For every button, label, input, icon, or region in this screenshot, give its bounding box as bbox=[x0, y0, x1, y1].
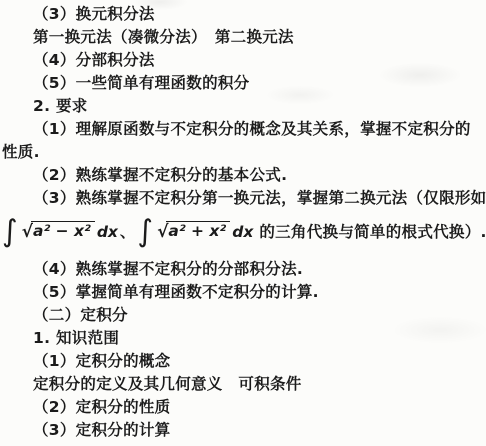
line-definite-integral-properties: （2）定积分的性质 bbox=[0, 396, 486, 419]
line-requirements-heading: 2. 要求 bbox=[0, 95, 486, 118]
line-substitution-method: （3）换元积分法 bbox=[0, 3, 486, 26]
line-definition-geometric-meaning: 定积分的定义及其几何意义 可积条件 bbox=[0, 373, 486, 396]
formula-suffix-text: 的三角代换与简单的根式代换）. bbox=[259, 223, 486, 241]
differential-dx: dx bbox=[232, 223, 253, 241]
formula-line: ∫√a² − x²dx、∫√a² + x²dx的三角代换与简单的根式代换）. bbox=[0, 210, 486, 254]
line-section-definite-integral: （二）定积分 bbox=[0, 304, 486, 327]
line-integration-by-parts: （4）分部积分法 bbox=[0, 49, 486, 72]
integral-sign: ∫ bbox=[137, 210, 153, 254]
line-simple-rational-functions: （5）一些简单有理函数的积分 bbox=[0, 72, 486, 95]
radicand-a2-minus-x2: a² − x² bbox=[31, 221, 95, 240]
enumeration-comma: 、 bbox=[120, 223, 136, 241]
line-first-second-substitution: 第一换元法（凑微分法） 第二换元法 bbox=[0, 26, 486, 49]
document-page: （3）换元积分法 第一换元法（凑微分法） 第二换元法 （4）分部积分法 （5）一… bbox=[0, 0, 486, 446]
line-definite-integral-concept: （1）定积分的概念 bbox=[0, 350, 486, 373]
line-req2-basic-formulas: （2）熟练掌握不定积分的基本公式. bbox=[0, 164, 486, 187]
line-req1-understand-concepts: （1）理解原函数与不定积分的概念及其关系，掌握不定积分的 bbox=[0, 118, 486, 141]
integral-sign: ∫ bbox=[2, 210, 18, 254]
line-req4-by-parts: （4）熟练掌握不定积分的分部积分法. bbox=[0, 258, 486, 281]
radicand-a2-plus-x2: a² + x² bbox=[166, 221, 230, 240]
line-req3-substitution-methods: （3）熟练掌握不定积分第一换元法，掌握第二换元法（仅限形如 bbox=[0, 187, 486, 210]
line-req1-continuation: 性质. bbox=[0, 141, 486, 164]
line-definite-integral-calculation: （3）定积分的计算 bbox=[0, 419, 486, 442]
differential-dx: dx bbox=[97, 223, 118, 241]
line-knowledge-scope-heading: 1. 知识范围 bbox=[0, 327, 486, 350]
line-req5-rational-calculation: （5）掌握简单有理函数不定积分的计算. bbox=[0, 281, 486, 304]
